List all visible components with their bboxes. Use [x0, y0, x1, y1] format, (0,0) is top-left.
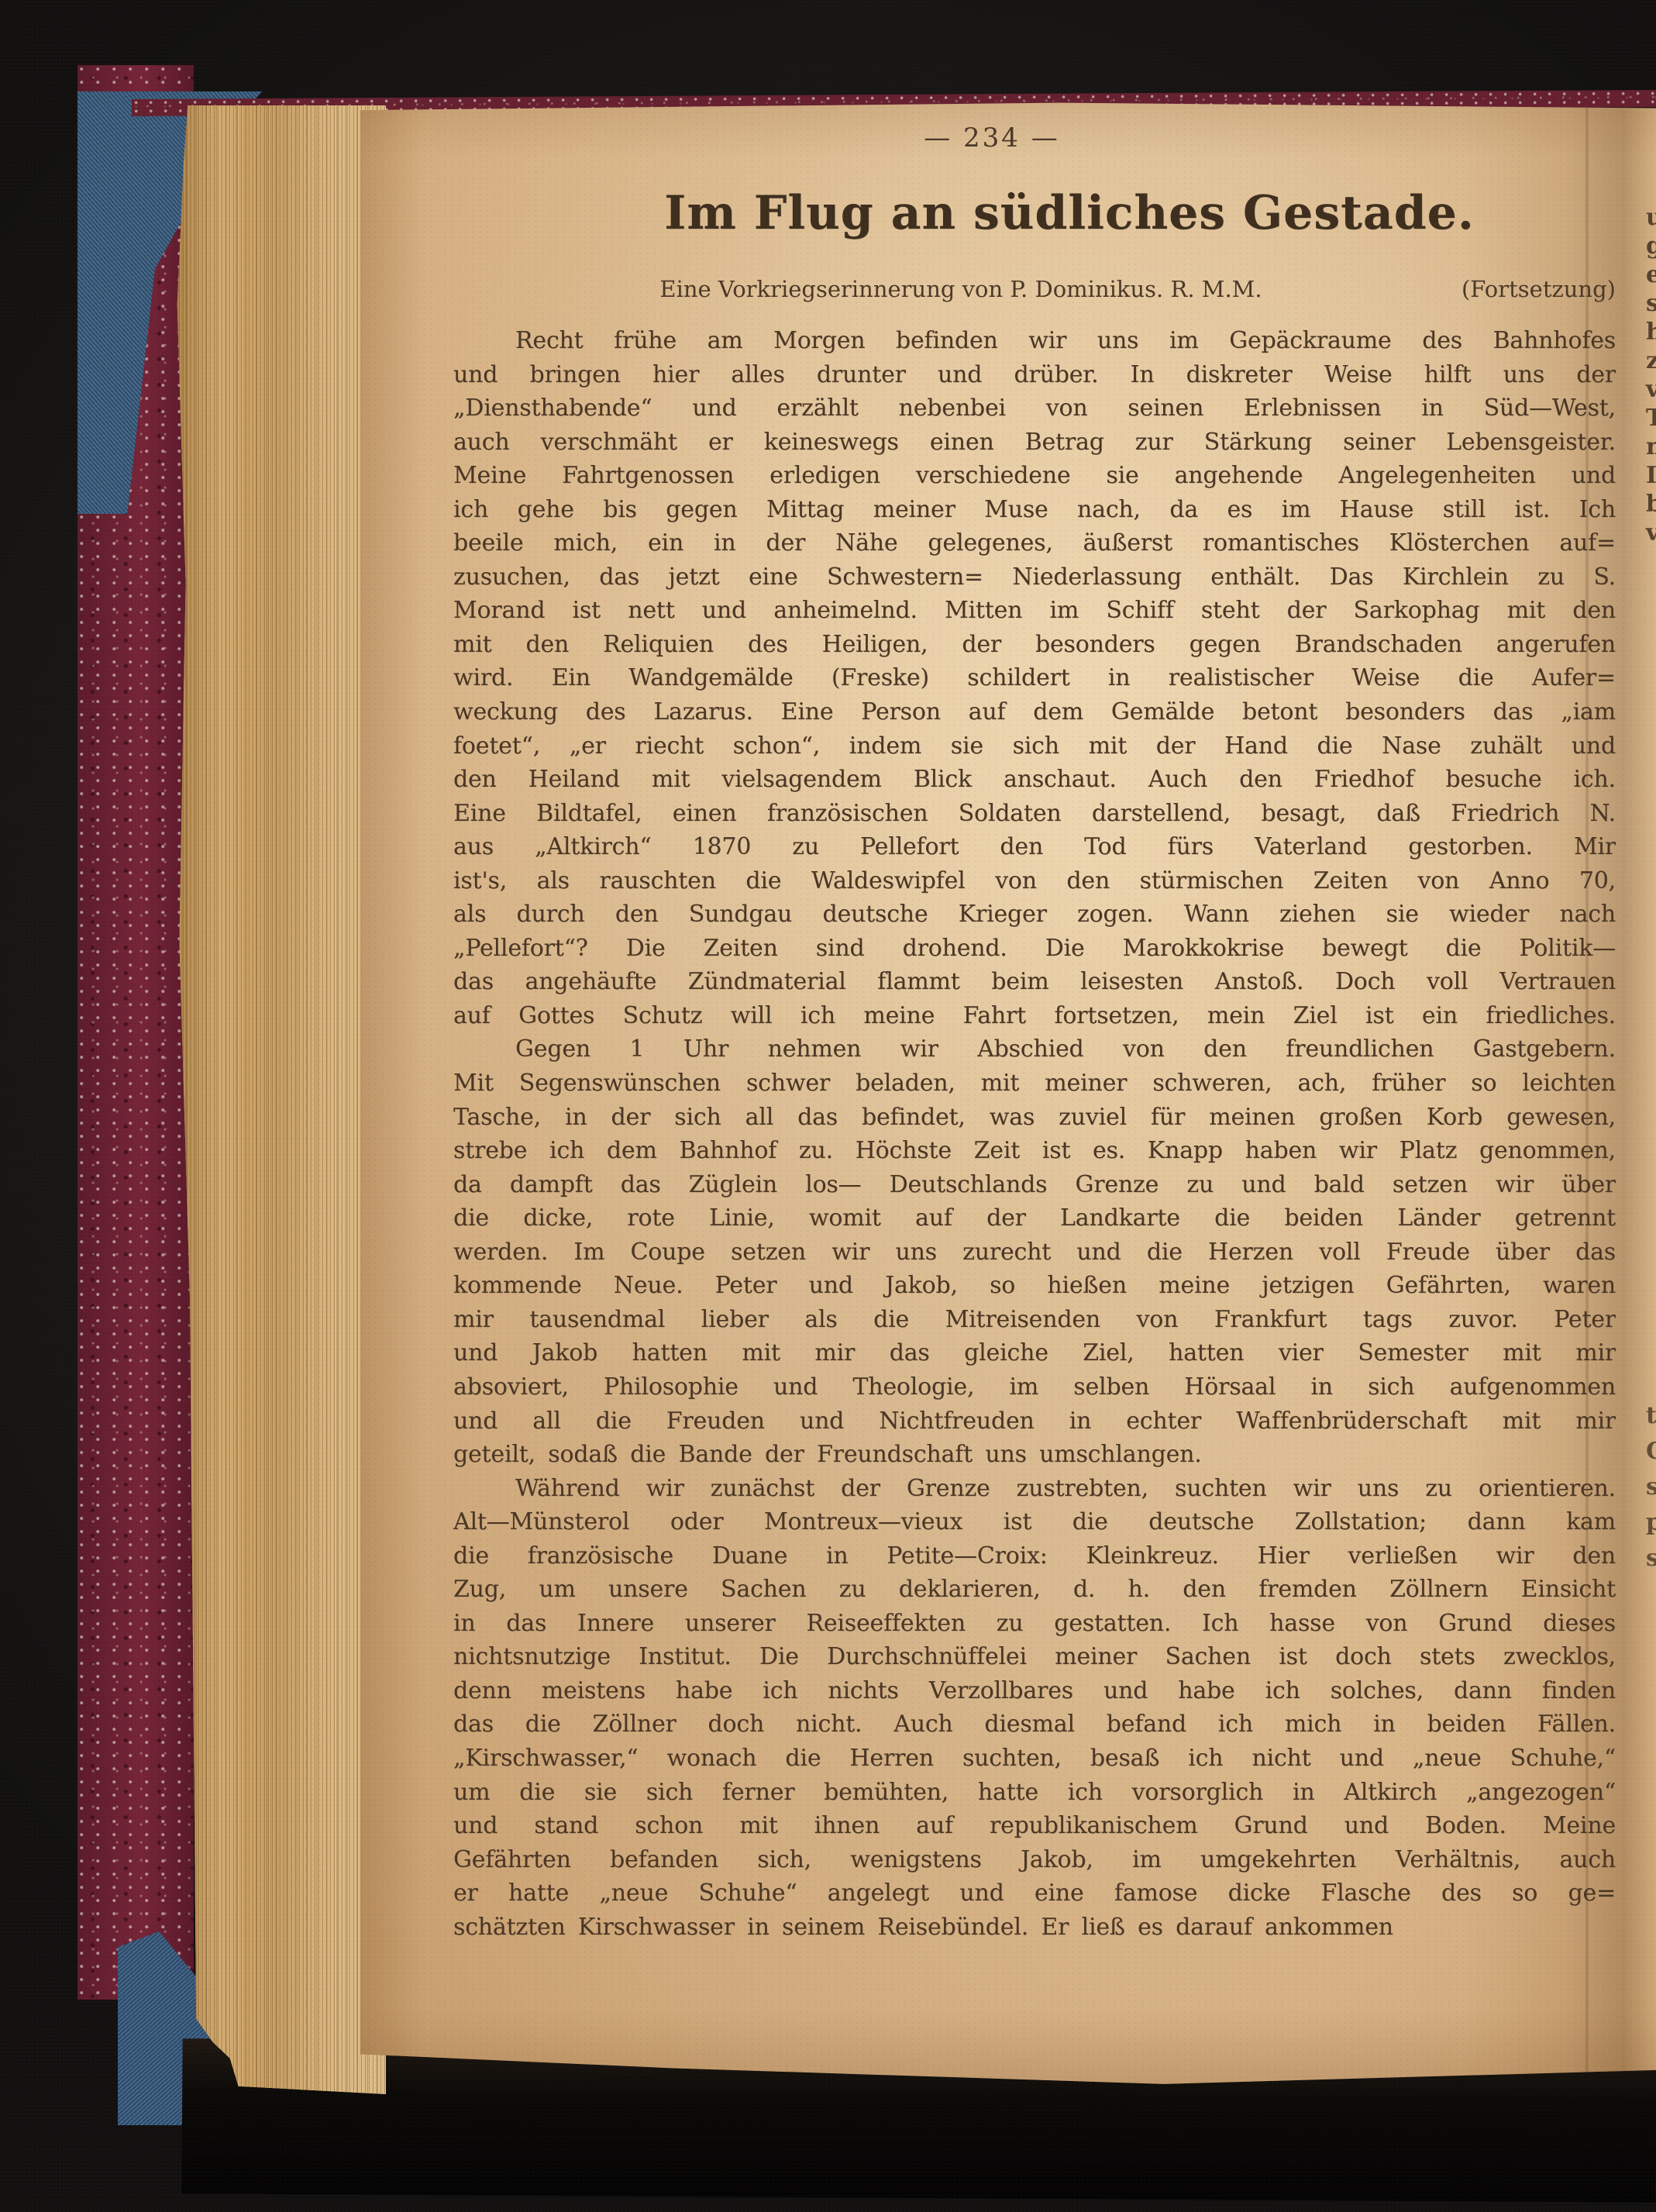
paragraph: Gegen 1 Uhr nehmen wir Abschied von den … [453, 1032, 1616, 1471]
text-line: Recht frühe am Morgen befinden wir uns i… [453, 324, 1616, 358]
edge-letter-fragment: v [1646, 519, 1656, 547]
text-line: Morand ist nett und anheimelnd. Mitten i… [453, 594, 1616, 628]
edge-letter-fragment: s [1646, 289, 1656, 318]
photo-backdrop: — 234 — Im Flug an südliches Gestade. Ei… [0, 0, 1656, 2212]
text-line: ist's, als rauschten die Waldeswipfel vo… [453, 864, 1616, 898]
text-line: die französische Duane in Petite—Croix: … [453, 1539, 1616, 1573]
text-line: und all die Freuden und Nichtfreuden in … [453, 1404, 1616, 1438]
text-line: kommende Neue. Peter und Jakob, so hieße… [453, 1269, 1616, 1303]
book-page: — 234 — Im Flug an südliches Gestade. Ei… [360, 99, 1656, 2088]
edge-letter-fragment: b [1646, 490, 1656, 519]
text-line: Meine Fahrtgenossen erledigen verschiede… [453, 459, 1616, 493]
page-content: — 234 — Im Flug an südliches Gestade. Ei… [453, 99, 1616, 1838]
text-line: Tasche, in der sich all das befindet, wa… [453, 1101, 1616, 1135]
continuation-note: (Fortsetzung) [1461, 276, 1616, 302]
text-line: die dicke, rote Linie, womit auf der Lan… [453, 1201, 1616, 1235]
paragraph: Recht frühe am Morgen befinden wir uns i… [453, 324, 1616, 1032]
text-line: wird. Ein Wandgemälde (Freske) schildert… [453, 661, 1616, 695]
page-number: — 234 — [411, 122, 1573, 153]
text-line: er hatte „neue Schuhe“ angelegt und eine… [453, 1876, 1616, 1911]
text-line: denn meistens habe ich nichts Verzollbar… [453, 1674, 1616, 1708]
text-line: und stand schon mit ihnen auf republikan… [453, 1809, 1616, 1843]
text-line: „Pellefort“? Die Zeiten sind drohend. Di… [453, 932, 1616, 966]
text-line: nichtsnutzige Institut. Die Durchschnüff… [453, 1640, 1616, 1674]
text-line: und bringen hier alles drunter und drübe… [453, 358, 1616, 392]
text-line: Gegen 1 Uhr nehmen wir Abschied von den … [453, 1032, 1616, 1066]
text-line: das angehäufte Zündmaterial flammt beim … [453, 965, 1616, 999]
edge-letter-fragment: p [1646, 1505, 1656, 1541]
edge-letter-fragment: G [1646, 1434, 1656, 1469]
paragraph: Während wir zunächst der Grenze zustrebt… [453, 1472, 1616, 1945]
text-line: Während wir zunächst der Grenze zustrebt… [453, 1472, 1616, 1506]
subtitle-row: Eine Vorkriegserinnerung von P. Dominiku… [453, 276, 1616, 310]
edge-letter-fragment: t [1646, 1398, 1656, 1434]
text-line: in das Innere unserer Reiseeffekten zu g… [453, 1607, 1616, 1641]
text-line: „Kirschwasser,“ wonach die Herren suchte… [453, 1742, 1616, 1776]
text-line: zusuchen, das jetzt eine Schwestern= Nie… [453, 560, 1616, 594]
edge-letter-fragment: T [1646, 404, 1656, 432]
text-line: Mit Segenswünschen schwer beladen, mit m… [453, 1066, 1616, 1101]
edge-letter-fragment: u [1646, 203, 1656, 232]
edge-letter-fragment: e [1646, 260, 1656, 289]
text-line: mit den Reliquien des Heiligen, der beso… [453, 628, 1616, 662]
facing-page-letter-fragments-lower: tGsps [1639, 1398, 1656, 1576]
edge-letter-fragment: v [1646, 375, 1656, 404]
page-stack-fore-edge [175, 105, 386, 2094]
text-line: Eine Bildtafel, einen französischen Sold… [453, 797, 1616, 831]
facing-page-letter-fragments-upper: ugeshzvTnIbv [1639, 203, 1656, 547]
text-line: geteilt, sodaß die Bande der Freundschaf… [453, 1438, 1616, 1472]
article-body: Recht frühe am Morgen befinden wir uns i… [453, 324, 1616, 1944]
text-line: weckung des Lazarus. Eine Person auf dem… [453, 695, 1616, 729]
edge-letter-fragment: h [1646, 318, 1656, 346]
edge-letter-fragment: s [1646, 1469, 1656, 1505]
text-line: Alt—Münsterol oder Montreux—vieux ist di… [453, 1505, 1616, 1539]
article-subtitle: Eine Vorkriegserinnerung von P. Dominiku… [659, 276, 1262, 302]
text-line: um die sie sich ferner bemühten, hatte i… [453, 1776, 1616, 1810]
text-line: absoviert, Philosophie und Theologie, im… [453, 1370, 1616, 1404]
text-line: „Diensthabende“ und erzählt nebenbei von… [453, 391, 1616, 426]
edge-letter-fragment: n [1646, 432, 1656, 461]
text-line: aus „Altkirch“ 1870 zu Pellefort den Tod… [453, 830, 1616, 864]
edge-letter-fragment: z [1646, 346, 1656, 375]
text-line: mir tausendmal lieber als die Mitreisend… [453, 1303, 1616, 1337]
text-line: als durch den Sundgau deutsche Krieger z… [453, 898, 1616, 932]
text-line: Zug, um unsere Sachen zu deklarieren, d.… [453, 1573, 1616, 1607]
text-line: foetet“, „er riecht schon“, indem sie si… [453, 729, 1616, 763]
text-line: strebe ich dem Bahnhof zu. Höchste Zeit … [453, 1134, 1616, 1168]
edge-letter-fragment: g [1646, 232, 1656, 260]
edge-letter-fragment: I [1646, 461, 1656, 490]
text-line: und Jakob hatten mit mir das gleiche Zie… [453, 1336, 1616, 1370]
text-line: beeile mich, ein in der Nähe gelegenes, … [453, 526, 1616, 560]
text-line: da dampft das Züglein los— Deutschlands … [453, 1168, 1616, 1202]
text-line: auf Gottes Schutz will ich meine Fahrt f… [453, 999, 1616, 1033]
text-line: schätzten Kirschwasser in seinem Reisebü… [453, 1911, 1616, 1945]
text-line: auch verschmäht er keineswegs einen Betr… [453, 426, 1616, 460]
article-title: Im Flug an südliches Gestade. [488, 186, 1651, 240]
text-line: den Heiland mit vielsagendem Blick ansch… [453, 763, 1616, 797]
text-line: das die Zöllner doch nicht. Auch diesmal… [453, 1707, 1616, 1742]
text-line: werden. Im Coupe setzen wir uns zurecht … [453, 1235, 1616, 1270]
edge-letter-fragment: s [1646, 1541, 1656, 1576]
text-line: Gefährten befanden sich, wenigstens Jako… [453, 1843, 1616, 1877]
text-line: ich gehe bis gegen Mittag meiner Muse na… [453, 493, 1616, 527]
